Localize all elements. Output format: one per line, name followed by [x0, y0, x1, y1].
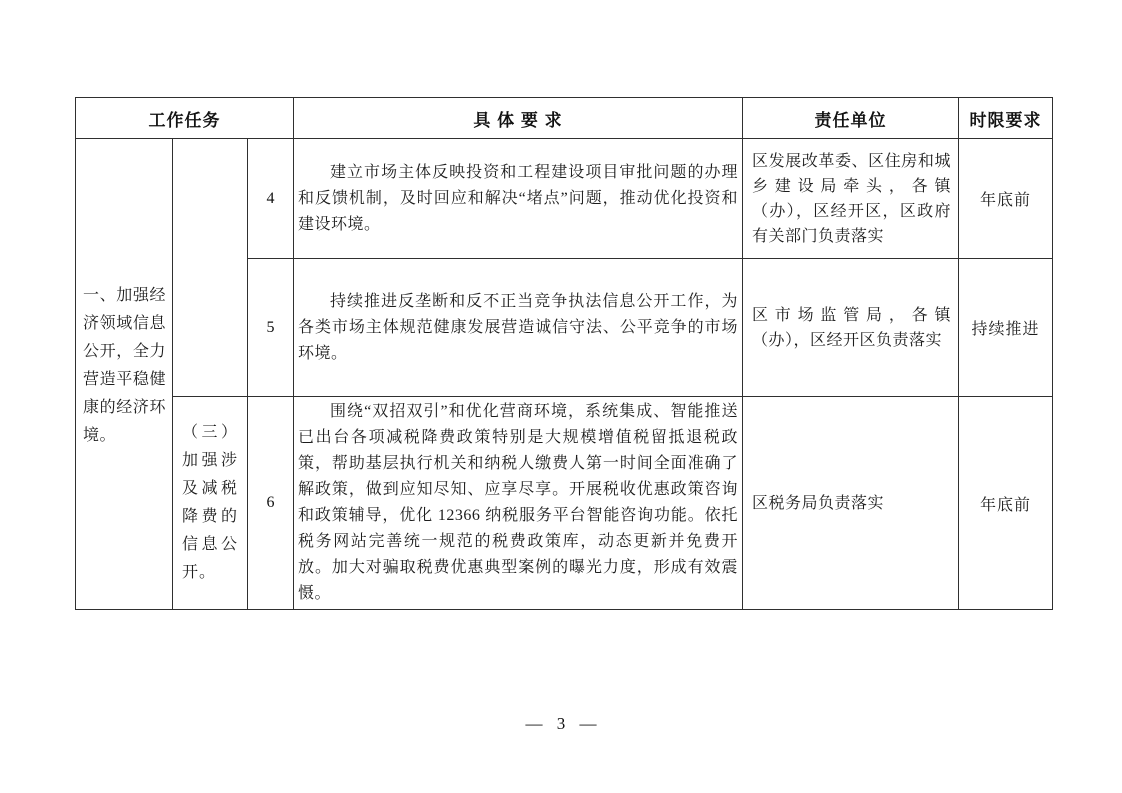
requirement-cell: 持续推进反垄断和反不正当竞争执法信息公开工作，为各类市场主体规范健康发展营造诚信…: [294, 259, 743, 397]
task-group-cell: 一、加强经济领域信息公开，全力营造平稳健康的经济环境。: [76, 139, 173, 610]
unit-cell: 区发展改革委、区住房和城乡建设局牵头，各镇（办），区经开区，区政府有关部门负责落…: [743, 139, 959, 259]
deadline-cell: 持续推进: [959, 259, 1053, 397]
requirement-cell: 建立市场主体反映投资和工程建设项目审批问题的办理和反馈机制，及时回应和解决“堵点…: [294, 139, 743, 259]
work-plan-table: 工作任务 具 体 要 求 责任单位 时限要求 一、加强经济领域信息公开，全力营造…: [75, 97, 1053, 610]
row-number-cell: 4: [248, 139, 294, 259]
deadline-cell: 年底前: [959, 397, 1053, 610]
requirement-cell: 围绕“双招双引”和优化营商环境，系统集成、智能推送已出台各项减税降费政策特别是大…: [294, 397, 743, 610]
header-unit: 责任单位: [743, 98, 959, 139]
header-deadline: 时限要求: [959, 98, 1053, 139]
document-page: 工作任务 具 体 要 求 责任单位 时限要求 一、加强经济领域信息公开，全力营造…: [0, 0, 1122, 793]
sub-task-empty-cell: [173, 139, 248, 397]
unit-cell: 区税务局负责落实: [743, 397, 959, 610]
deadline-cell: 年底前: [959, 139, 1053, 259]
header-task: 工作任务: [76, 98, 294, 139]
row-number-cell: 5: [248, 259, 294, 397]
header-requirement: 具 体 要 求: [294, 98, 743, 139]
table-row: （三）加强涉及减税降费的信息公开。 6 围绕“双招双引”和优化营商环境，系统集成…: [76, 397, 1053, 610]
page-number: — 3 —: [0, 714, 1122, 734]
table-header-row: 工作任务 具 体 要 求 责任单位 时限要求: [76, 98, 1053, 139]
sub-task-cell: （三）加强涉及减税降费的信息公开。: [173, 397, 248, 610]
table-row: 一、加强经济领域信息公开，全力营造平稳健康的经济环境。 4 建立市场主体反映投资…: [76, 139, 1053, 259]
unit-cell: 区市场监管局，各镇（办），区经开区负责落实: [743, 259, 959, 397]
row-number-cell: 6: [248, 397, 294, 610]
